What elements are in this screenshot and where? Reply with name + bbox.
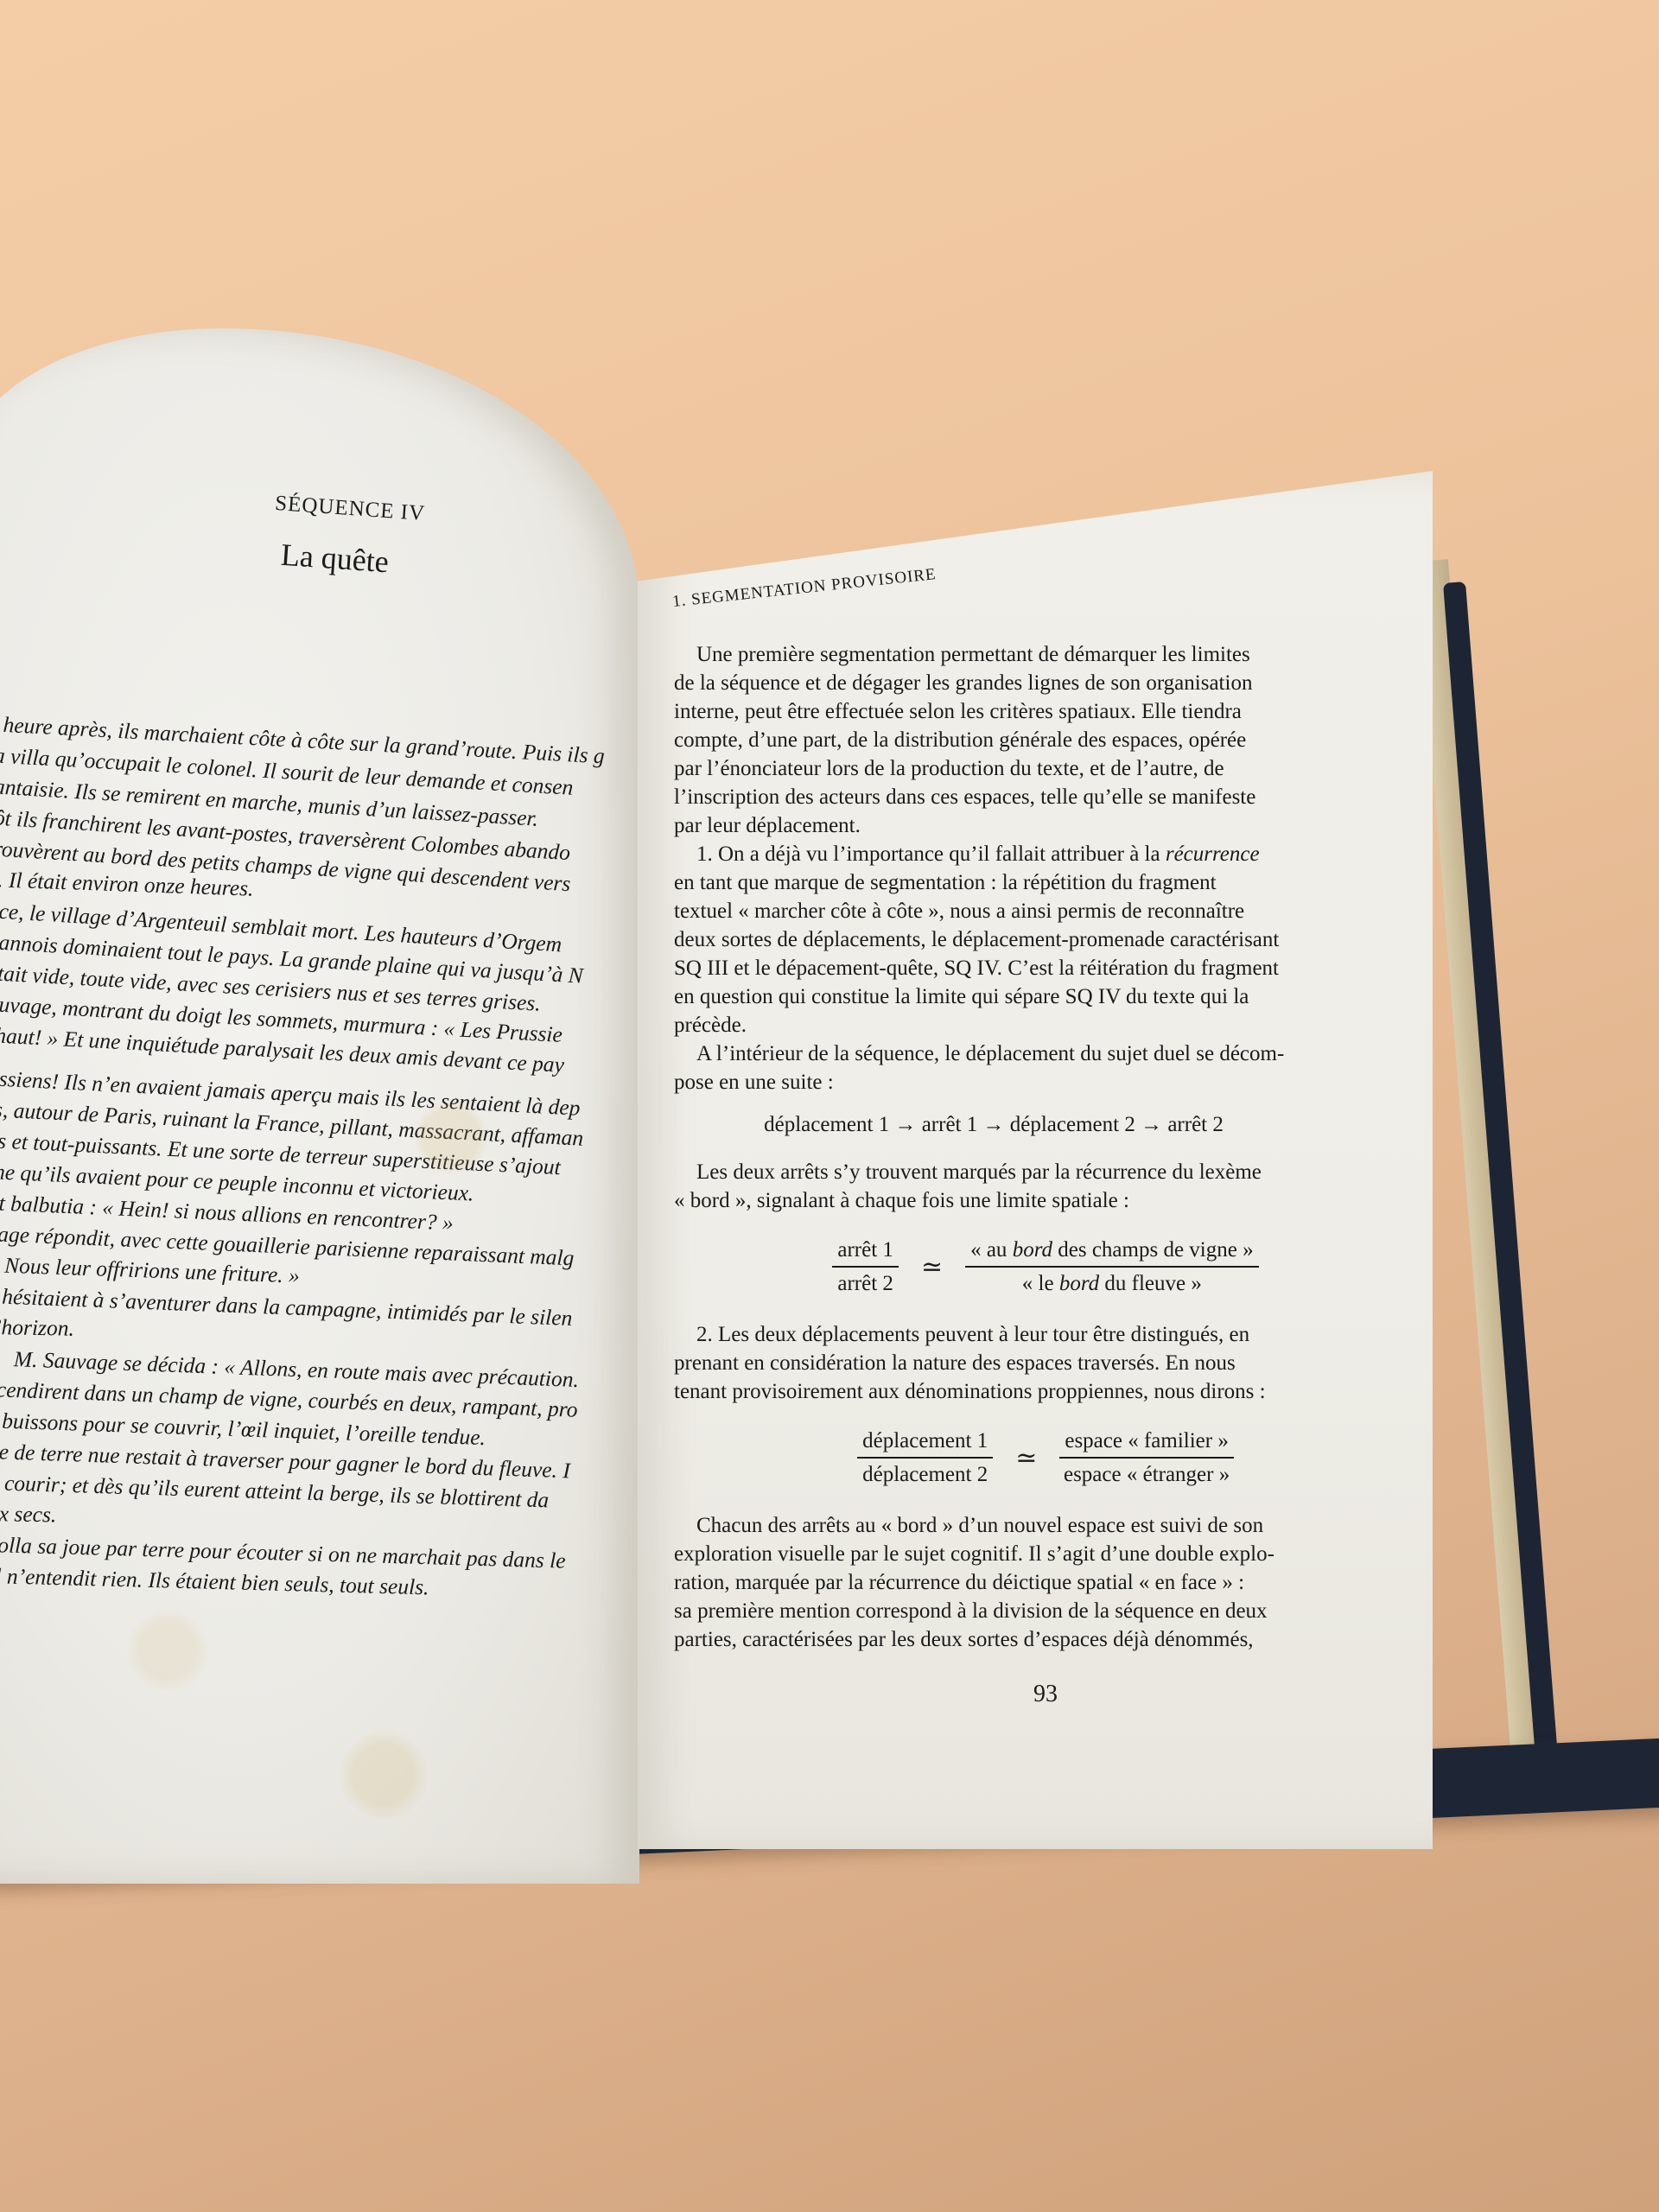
text-line: sa première mention correspond à la divi… [674,1597,1417,1625]
text-line: deux sortes de déplacements, le déplacem… [674,925,1417,954]
text-fragment: du fleuve » [1099,1272,1202,1295]
story-excerpt: e heure après, ils marchaient côte à côt… [0,709,639,1592]
italic-term: récurrence [1166,842,1260,866]
fraction-right: « au bord des champs de vigne » « le bor… [965,1236,1259,1298]
text-line: compte, d’une part, de la distribution g… [674,726,1417,754]
numerator: « au bord des champs de vigne » [965,1236,1259,1268]
text-line: A l’intérieur de la séquence, le déplace… [674,1039,1417,1068]
chapter-title: La quête [280,537,391,581]
text-fragment: 1. On a déjà vu l’importance qu’il falla… [696,842,1166,866]
intro-paragraph: Une première segmentation permettant de … [674,640,1417,840]
text-line: tenant provisoirement aux dénominations … [674,1377,1417,1406]
denominator: espace « étranger » [1064,1459,1230,1489]
point-2-paragraph: 2. Les deux déplacements peuvent à leur … [674,1320,1417,1406]
text-line: l’inscription des acteurs dans ces espac… [674,783,1417,811]
formula-stops: arrêt 1 arrêt 2 ≃ « au bord des champs d… [674,1236,1417,1298]
numerator: déplacement 1 [857,1427,993,1459]
text-line: textuel « marcher côte à côte », nous a … [674,897,1417,925]
text-line: Les deux arrêts s’y trouvent marqués par… [674,1158,1417,1186]
fraction-left: déplacement 1 déplacement 2 [857,1427,993,1489]
formula-spaces: déplacement 1 déplacement 2 ≃ espace « f… [674,1427,1417,1489]
sequence-label: SÉQUENCE IV [274,492,426,526]
text-line: en tant que marque de segmentation : la … [674,868,1417,897]
text-line: pose en une suite : [674,1068,1417,1096]
right-page-text: 1. SEGMENTATION PROVISOIRE Une première … [674,588,1417,1708]
text-line: en question qui constitue la limite qui … [674,982,1417,1011]
text-line: par l’énonciateur lors de la production … [674,754,1417,783]
fraction-right: espace « familier » espace « étranger » [1059,1427,1234,1489]
text-line: ration, marquée par la récurrence du déi… [674,1568,1417,1597]
text-fragment: « au [970,1238,1013,1262]
text-line: Une première segmentation permettant de … [674,640,1417,669]
text-fragment: des champs de vigne » [1052,1238,1254,1262]
fraction-left: arrêt 1 arrêt 2 [832,1236,899,1298]
text-line: 2. Les deux déplacements peuvent à leur … [674,1320,1417,1349]
left-page: SÉQUENCE IV La quête e heure après, ils … [0,328,639,1884]
text-line: exploration visuelle par le sujet cognit… [674,1540,1417,1568]
denominator: arrêt 2 [837,1268,893,1298]
italic-term: bord [1059,1272,1099,1295]
numerator: espace « familier » [1059,1427,1234,1459]
italic-term: bord [1013,1238,1052,1262]
text-line: interne, peut être effectuée selon les c… [674,697,1417,726]
approx-symbol: ≃ [921,1253,943,1281]
point-1-paragraph: 1. On a déjà vu l’importance qu’il falla… [674,840,1417,1039]
page-number: 93 [674,1680,1417,1708]
text-line: « bord », signalant à chaque fois une li… [674,1186,1417,1215]
sequence-formula: déplacement 1 → arrêt 1 → déplacement 2 … [674,1110,1417,1139]
photo-scene: SÉQUENCE IV La quête e heure après, ils … [0,0,1659,2212]
interior-paragraph: A l’intérieur de la séquence, le déplace… [674,1039,1417,1096]
text-line: précède. [674,1011,1417,1039]
text-line: 1. On a déjà vu l’importance qu’il falla… [674,840,1417,868]
approx-symbol: ≃ [1015,1444,1037,1472]
closing-paragraph: Chacun des arrêts au « bord » d’un nouve… [674,1511,1417,1654]
text-line: Chacun des arrêts au « bord » d’un nouve… [674,1511,1417,1540]
denominator: « le bord du fleuve » [1022,1268,1202,1298]
stops-paragraph: Les deux arrêts s’y trouvent marqués par… [674,1158,1417,1215]
text-line: SQ III et le dépacement-quête, SQ IV. C’… [674,954,1417,982]
denominator: déplacement 2 [862,1459,988,1489]
text-line: de la séquence et de dégager les grandes… [674,669,1417,697]
text-line: parties, caractérisées par les deux sort… [674,1625,1417,1654]
text-line: par leur déplacement. [674,811,1417,840]
text-line: prenant en considération la nature des e… [674,1349,1417,1377]
text-fragment: « le [1022,1272,1059,1295]
numerator: arrêt 1 [832,1236,899,1268]
